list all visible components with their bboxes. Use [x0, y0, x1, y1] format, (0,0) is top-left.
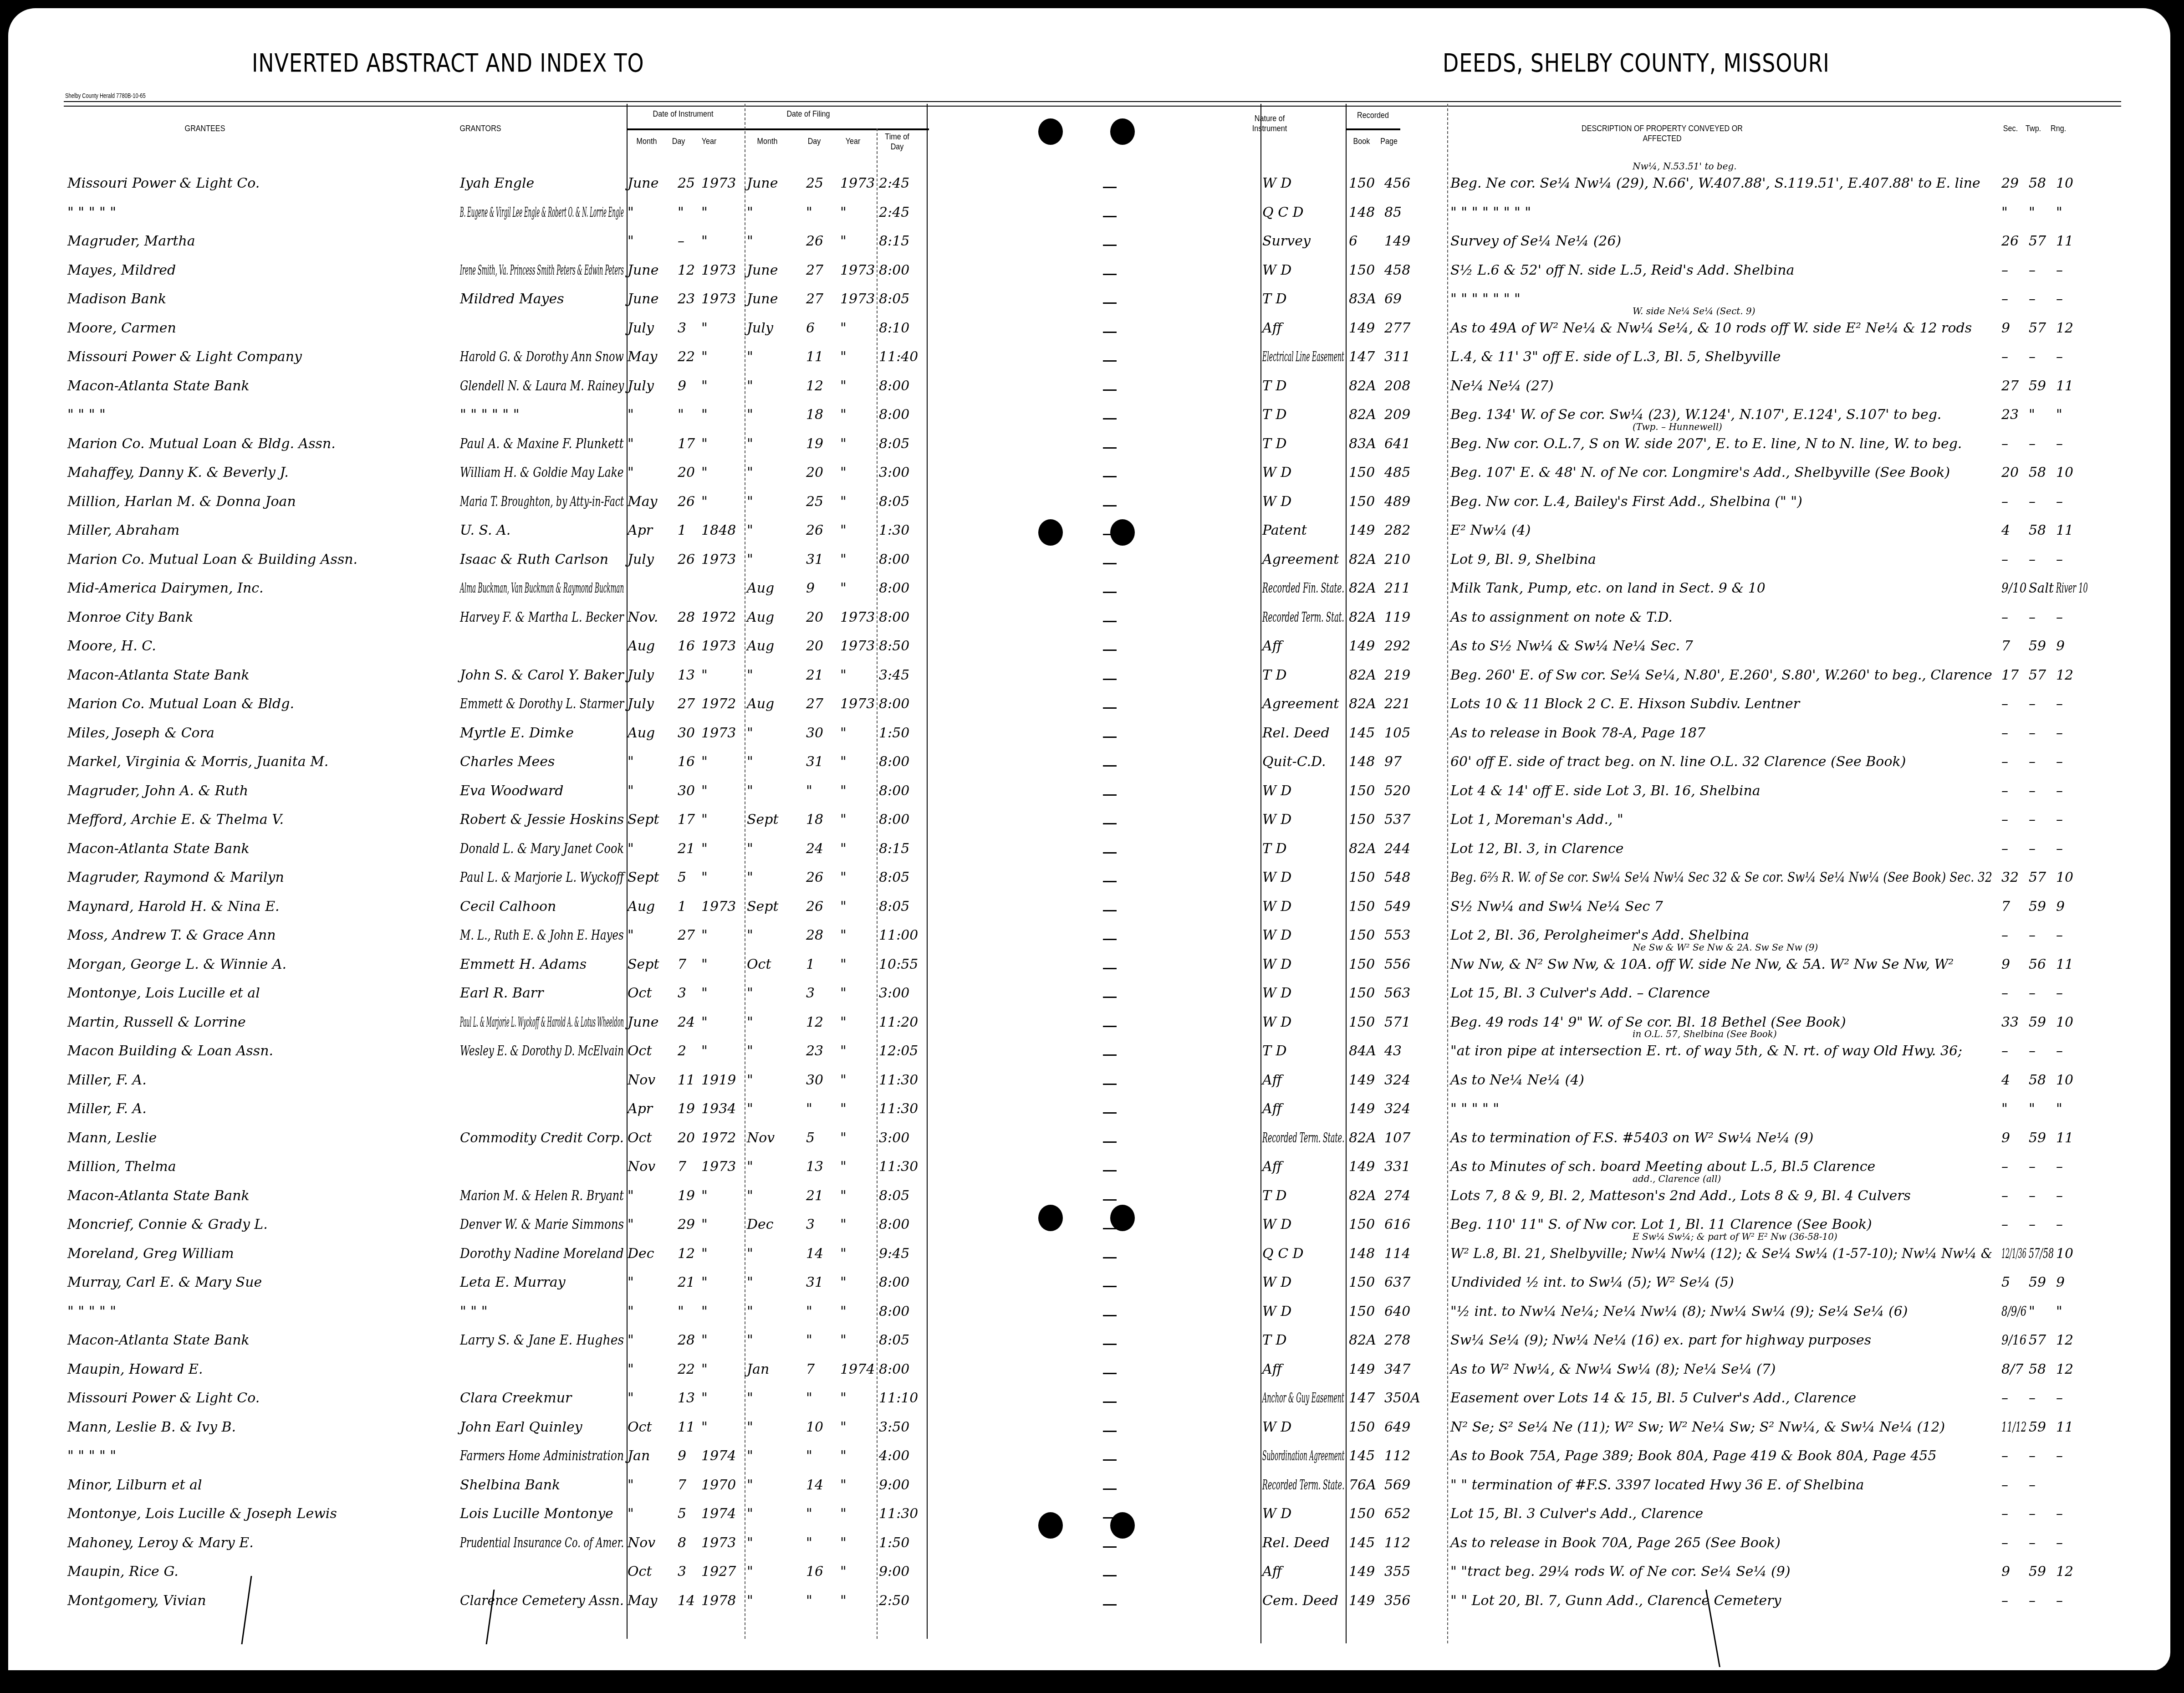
property-description: Lots 10 & 11 Block 2 C. E. Hixson Subdiv… [1450, 694, 1800, 715]
instrument-month: " [628, 1186, 634, 1207]
instrument-month: Oct [628, 1561, 652, 1582]
instrument-year: 1972 [701, 607, 736, 628]
book-number: 84A [1349, 1041, 1376, 1062]
township: " [2029, 1301, 2035, 1322]
grantee-name: Montgomery, Vivian [67, 1591, 206, 1611]
property-description: As to 49A of W² Ne¼ & Nw¼ Se¼, & 10 rods… [1450, 318, 1972, 339]
grantor-name: Shelbina Bank [460, 1475, 560, 1496]
township: 57 [2029, 867, 2046, 888]
table-row: Moss, Andrew T. & Grace AnnM. L., Ruth E… [0, 925, 2184, 946]
page-number: 149 [1384, 231, 1410, 252]
grantor-name: Dorothy Nadine Moreland [460, 1243, 624, 1264]
section: 17 [2001, 665, 2019, 686]
grantor-name: Myrtle E. Dimke [460, 723, 574, 744]
filing-time: 11:30 [879, 1070, 918, 1091]
filing-day: 19 [806, 434, 823, 455]
filing-day: " [806, 1099, 812, 1120]
township: – [2029, 289, 2036, 310]
instrument-day: 30 [678, 781, 695, 802]
township: – [2029, 694, 2036, 715]
township: 59 [2029, 1012, 2046, 1033]
property-description: Nw Nw, & N² Sw Nw, & 10A. off W. side Ne… [1450, 954, 1954, 975]
grantor-name: Wesley E. & Dorothy D. McElvain [460, 1041, 624, 1062]
book-number: 149 [1349, 318, 1375, 339]
instrument-day: 3 [678, 1561, 686, 1582]
header-date-of-instrument: Date of Instrument [635, 109, 732, 119]
instrument-month: " [628, 404, 634, 425]
table-row: Marion Co. Mutual Loan & Building Assn.I… [0, 549, 2184, 570]
grantee-name: Marion Co. Mutual Loan & Building Assn. [67, 549, 357, 570]
instrument-year: " [701, 1243, 708, 1264]
instrument-month: June [628, 1012, 658, 1033]
filing-month: " [747, 520, 753, 541]
filing-month: June [747, 173, 778, 194]
section: 7 [2001, 636, 2010, 657]
section: 9/16 [2001, 1330, 2026, 1351]
filing-time: 8:10 [879, 318, 909, 339]
range: 9 [2056, 636, 2065, 657]
page-number: 569 [1384, 1475, 1410, 1496]
property-description: Lot 1, Moreman's Add., " [1450, 809, 1623, 830]
header-rule-top-right-2 [1097, 106, 2121, 107]
filing-year: " [840, 318, 847, 339]
filing-year: " [840, 1128, 847, 1149]
page-number: 489 [1384, 491, 1410, 512]
grantee-name: Maupin, Rice G. [67, 1561, 179, 1582]
filing-time: 1:50 [879, 1533, 909, 1554]
section: 8/9/6 [2001, 1301, 2026, 1322]
filing-day: 31 [806, 549, 823, 570]
table-row: " " " " "Farmers Home AdministrationJan9… [0, 1446, 2184, 1467]
range: 11 [2056, 520, 2073, 541]
township: – [2029, 1475, 2036, 1496]
table-row: Maynard, Harold H. & Nina E.Cecil Calhoo… [0, 896, 2184, 917]
filing-month: " [747, 1330, 753, 1351]
page-number: 209 [1384, 404, 1410, 425]
book-number: 150 [1349, 1012, 1375, 1033]
instrument-year: " [701, 809, 708, 830]
filing-year: " [840, 925, 847, 946]
instrument-day: 17 [678, 809, 695, 830]
filing-time: 1:50 [879, 723, 909, 744]
book-number: 150 [1349, 954, 1375, 975]
filing-month: June [747, 289, 778, 310]
range: 10 [2056, 462, 2073, 483]
township: – [2029, 1041, 2036, 1062]
section: 7 [2001, 896, 2010, 917]
township: – [2029, 491, 2036, 512]
book-number: 147 [1349, 347, 1375, 368]
filing-year: " [840, 781, 847, 802]
filing-time: 3:45 [879, 665, 909, 686]
township: 58 [2029, 520, 2046, 541]
instrument-month: " [628, 1388, 634, 1409]
township: – [2029, 1186, 2036, 1207]
township: 59 [2029, 636, 2046, 657]
filing-year: " [840, 491, 847, 512]
section: – [2001, 607, 2008, 628]
grantor-name: Harvey F. & Martha L. Becker [460, 607, 624, 628]
filing-time: 11:20 [879, 1012, 918, 1033]
grantee-name: Mid-America Dairymen, Inc. [67, 578, 264, 599]
book-number: 76A [1349, 1475, 1376, 1496]
range: 10 [2056, 867, 2073, 888]
filing-year: 1974 [840, 1359, 875, 1380]
filing-month: " [747, 1417, 753, 1438]
instrument-year: " [701, 231, 708, 252]
filing-time: 11:10 [879, 1388, 918, 1409]
table-row: Montonye, Lois Lucille & Joseph LewisLoi… [0, 1504, 2184, 1524]
filing-day: 21 [806, 665, 823, 686]
instrument-day: 1 [678, 520, 686, 541]
instrument-year: 1973 [701, 636, 736, 657]
property-description: Lot 15, Bl. 3 Culver's Add., Clarence [1450, 1504, 1703, 1524]
filing-time: 8:05 [879, 1186, 909, 1207]
book-number: 149 [1349, 1591, 1375, 1611]
section: – [2001, 925, 2008, 946]
instrument-day: 22 [678, 347, 695, 368]
range: 10 [2056, 1243, 2073, 1264]
header-filing-year: Year [839, 137, 867, 147]
section: – [2001, 1388, 2008, 1409]
book-number: 147 [1349, 1388, 1375, 1409]
instrument-month: June [628, 260, 658, 281]
instrument-month: Oct [628, 1417, 652, 1438]
nature-of-instrument: W D [1262, 260, 1291, 281]
range: " [2056, 1301, 2062, 1322]
filing-time: 8:00 [879, 549, 909, 570]
property-description: Sw¼ Se¼ (9); Nw¼ Ne¼ (16) ex. part for h… [1450, 1330, 1871, 1351]
nature-of-instrument: Anchor & Guy Easement [1262, 1388, 1344, 1409]
filing-day: " [806, 781, 812, 802]
table-row: Macon-Atlanta State BankLarry S. & Jane … [0, 1330, 2184, 1351]
property-description: Survey of Se¼ Ne¼ (26) [1450, 231, 1621, 252]
filing-day: " [806, 1591, 812, 1611]
township: – [2029, 809, 2036, 830]
description-note: Ne Sw & W² Se Nw & 2A. Sw Se Nw (9) [1633, 942, 1818, 952]
filing-month: " [747, 1504, 753, 1524]
page-number: 282 [1384, 520, 1410, 541]
nature-of-instrument: Recorded Term. State. [1262, 1128, 1344, 1149]
instrument-year: " [701, 491, 708, 512]
instrument-day: 1 [678, 896, 686, 917]
filing-year: " [840, 1417, 847, 1438]
filing-day: 1 [806, 954, 815, 975]
grantee-name: Mann, Leslie [67, 1128, 157, 1149]
instrument-month: " [628, 781, 634, 802]
table-row: Martin, Russell & LorrinePaul L. & Marjo… [0, 1012, 2184, 1033]
filing-time: 12:05 [879, 1041, 918, 1062]
grantee-name: Macon-Atlanta State Bank [67, 1330, 250, 1351]
filing-year: " [840, 1070, 847, 1091]
filing-time: 8:50 [879, 636, 909, 657]
filing-year: " [840, 1388, 847, 1409]
filing-month: " [747, 1475, 753, 1496]
instrument-year: 1973 [701, 896, 736, 917]
grantee-name: Morgan, George L. & Winnie A. [67, 954, 286, 975]
description-note: E Sw¼ Sw¼; & part of W² E² Nw (36-58-10) [1633, 1232, 1837, 1242]
grantee-name: Miller, Abraham [67, 520, 179, 541]
page-number: 43 [1384, 1041, 1402, 1062]
page-number: 292 [1384, 636, 1410, 657]
book-number: 83A [1349, 289, 1376, 310]
range: – [2056, 752, 2063, 772]
township: – [2029, 925, 2036, 946]
filing-year: " [840, 1330, 847, 1351]
section: 29 [2001, 173, 2019, 194]
township: 57 [2029, 318, 2046, 339]
instrument-day: 16 [678, 636, 695, 657]
instrument-day: – [678, 231, 684, 252]
property-description: As to W² Nw¼, & Nw¼ Sw¼ (8); Ne¼ Se¼ (7) [1450, 1359, 1776, 1380]
filing-month: Nov [747, 1128, 775, 1149]
instrument-day: 13 [678, 1388, 695, 1409]
description-note: (Twp. – Hunnewell) [1633, 422, 1722, 432]
section: 8/7 [2001, 1359, 2023, 1380]
grantor-name: Marion M. & Helen R. Bryant [460, 1186, 624, 1207]
filing-year: " [840, 723, 847, 744]
filing-time: 8:00 [879, 781, 909, 802]
table-row: Moncrief, Connie & Grady L.Denver W. & M… [0, 1214, 2184, 1235]
page-number: 637 [1384, 1272, 1410, 1293]
filing-time: 8:00 [879, 1301, 909, 1322]
property-description: As to release in Book 78-A, Page 187 [1450, 723, 1705, 744]
filing-month: June [747, 260, 778, 281]
section: " [2001, 202, 2008, 223]
filing-month: " [747, 1533, 753, 1554]
grantee-name: Missouri Power & Light Company [67, 347, 302, 368]
instrument-year: " [701, 1330, 708, 1351]
table-row: Morgan, George L. & Winnie A.Emmett H. A… [0, 954, 2184, 975]
instrument-day: 3 [678, 318, 686, 339]
header-rng: Rng. [2051, 124, 2066, 134]
filing-day: 20 [806, 636, 823, 657]
table-row: Missouri Power & Light Co.Clara Creekmur… [0, 1388, 2184, 1409]
page-number: 641 [1384, 434, 1410, 455]
filing-month: " [747, 202, 753, 223]
filing-day: 31 [806, 752, 823, 772]
section: " [2001, 1099, 2008, 1120]
filing-year: " [840, 896, 847, 917]
range: 11 [2056, 954, 2073, 975]
instrument-year: " [701, 954, 708, 975]
filing-time: 8:05 [879, 1330, 909, 1351]
filing-day: " [806, 1533, 812, 1554]
instrument-month: Nov [628, 1533, 655, 1554]
header-grantors: GRANTORS [449, 124, 511, 134]
filing-day: 3 [806, 983, 815, 1004]
filing-time: 2:50 [879, 1591, 909, 1611]
instrument-year: " [701, 1417, 708, 1438]
grantor-name: Clarence Cemetery Assn. [460, 1591, 624, 1611]
nature-of-instrument: W D [1262, 1272, 1291, 1293]
scan-border-bottom [0, 1670, 2184, 1693]
township: 58 [2029, 1359, 2046, 1380]
grantee-name: Magruder, Raymond & Marilyn [67, 867, 284, 888]
book-number: 150 [1349, 1214, 1375, 1235]
instrument-year: " [701, 1272, 708, 1293]
property-description: " " " " " " " " [1450, 202, 1531, 223]
filing-month: " [747, 1272, 753, 1293]
page-number: 211 [1384, 578, 1410, 599]
instrument-year: 1974 [701, 1446, 736, 1467]
filing-day: 26 [806, 867, 823, 888]
description-note: in O.L. 57, Shelbina (See Book) [1633, 1029, 1777, 1039]
section: – [2001, 289, 2008, 310]
instrument-month: " [628, 1301, 634, 1322]
filing-year: 1973 [840, 694, 875, 715]
section: 4 [2001, 1070, 2010, 1091]
range: 11 [2056, 231, 2073, 252]
filing-year: " [840, 954, 847, 975]
header-filing-month: Month [754, 137, 781, 147]
property-description: S½ Nw¼ and Sw¼ Ne¼ Sec 7 [1450, 896, 1663, 917]
range: – [2056, 1446, 2063, 1467]
filing-year: " [840, 404, 847, 425]
section: – [2001, 1041, 2008, 1062]
instrument-year: 1848 [701, 520, 736, 541]
filing-day: 12 [806, 376, 823, 397]
range: 9 [2056, 896, 2065, 917]
instrument-month: " [628, 1330, 634, 1351]
filing-time: 8:00 [879, 809, 909, 830]
filing-month: July [747, 318, 773, 339]
nature-of-instrument: Aff [1262, 636, 1282, 657]
grantee-name: Minor, Lilburn et al [67, 1475, 202, 1496]
book-number: 150 [1349, 462, 1375, 483]
instrument-day: 5 [678, 867, 686, 888]
filing-month: " [747, 231, 753, 252]
page-number: 548 [1384, 867, 1410, 888]
header-inst-month: Month [633, 137, 660, 147]
township: 57 [2029, 1330, 2046, 1351]
nature-of-instrument: Aff [1262, 1561, 1282, 1582]
range: – [2056, 1591, 2063, 1611]
book-number: 82A [1349, 376, 1376, 397]
filing-time: 8:05 [879, 867, 909, 888]
grantee-name: Missouri Power & Light Co. [67, 1388, 260, 1409]
grantee-name: Montonye, Lois Lucille et al [67, 983, 260, 1004]
instrument-month: Apr [628, 520, 653, 541]
table-row: Miller, F. A.Nov111919"30"11:30Aff149324… [0, 1070, 2184, 1091]
nature-of-instrument: W D [1262, 1301, 1291, 1322]
township: – [2029, 434, 2036, 455]
nature-of-instrument: T D [1262, 376, 1287, 397]
township: Salt [2029, 578, 2054, 599]
nature-of-instrument: W D [1262, 173, 1291, 194]
filing-month: " [747, 404, 753, 425]
nature-of-instrument: W D [1262, 1417, 1291, 1438]
grantee-name: Missouri Power & Light Co. [67, 173, 260, 194]
grantee-name: Macon Building & Loan Assn. [67, 1041, 273, 1062]
table-row: Moore, CarmenJuly3"July6"8:10Aff149277As… [0, 318, 2184, 339]
filing-month: Oct [747, 954, 771, 975]
filing-day: 9 [806, 578, 815, 599]
page-title-left: INVERTED ABSTRACT AND INDEX TO [252, 48, 644, 78]
section: – [2001, 781, 2008, 802]
table-row: Murray, Carl E. & Mary SueLeta E. Murray… [0, 1272, 2184, 1293]
grantor-name: Paul A. & Maxine F. Plunkett [460, 434, 624, 455]
grantor-name: Paul L. & Marjorie L. Wyckoff [460, 867, 624, 888]
filing-day: 27 [806, 260, 823, 281]
nature-of-instrument: T D [1262, 404, 1287, 425]
filing-month: " [747, 549, 753, 570]
book-number: 82A [1349, 1128, 1376, 1149]
header-rule-top-left [64, 101, 1097, 102]
grantee-name: Macon-Atlanta State Bank [67, 376, 250, 397]
section: 9 [2001, 954, 2010, 975]
filing-day: 16 [806, 1561, 823, 1582]
filing-time: 9:45 [879, 1243, 909, 1264]
instrument-day: 21 [678, 839, 695, 859]
table-row: Marion Co. Mutual Loan & Bldg. Assn.Paul… [0, 434, 2184, 455]
property-description: Milk Tank, Pump, etc. on land in Sect. 9… [1450, 578, 1766, 599]
nature-of-instrument: T D [1262, 1041, 1287, 1062]
range: – [2056, 607, 2063, 628]
property-description: Undivided ½ int. to Sw¼ (5); W² Se¼ (5) [1450, 1272, 1734, 1293]
section: – [2001, 1446, 2008, 1467]
instrument-year: " [701, 781, 708, 802]
instrument-month: Sept [628, 867, 659, 888]
range: " [2056, 1099, 2062, 1120]
grantor-name: Irene Smith, Va. Princess Smith Peters &… [460, 260, 624, 281]
table-row: Miles, Joseph & CoraMyrtle E. DimkeAug30… [0, 723, 2184, 744]
filing-day: 6 [806, 318, 815, 339]
section: 33 [2001, 1012, 2019, 1033]
instrument-month: Nov [628, 1070, 655, 1091]
table-row: Montonye, Lois Lucille et alEarl R. Barr… [0, 983, 2184, 1004]
nature-of-instrument: W D [1262, 1504, 1291, 1524]
nature-of-instrument: Aff [1262, 1359, 1282, 1380]
instrument-month: June [628, 173, 658, 194]
filing-month: " [747, 1243, 753, 1264]
page-number: 244 [1384, 839, 1410, 859]
range: 12 [2056, 665, 2073, 686]
page-number: 571 [1384, 1012, 1410, 1033]
property-description: As to Book 75A, Page 389; Book 80A, Page… [1450, 1446, 1937, 1467]
table-row: Maupin, Howard E."22"Jan719748:00Aff1493… [0, 1359, 2184, 1380]
filing-time: 8:05 [879, 434, 909, 455]
header-sec: Sec. [2003, 124, 2018, 134]
grantor-name: U. S. A. [460, 520, 510, 541]
nature-of-instrument: Q C D [1262, 202, 1304, 223]
grantee-name: Moore, H. C. [67, 636, 156, 657]
instrument-month: May [628, 347, 658, 368]
grantee-name: Million, Thelma [67, 1156, 176, 1177]
section: – [2001, 1533, 2008, 1554]
filing-time: 8:05 [879, 289, 909, 310]
book-number: 82A [1349, 1330, 1376, 1351]
property-description: " " Lot 20, Bl. 7, Gunn Add., Clarence C… [1450, 1591, 1781, 1611]
filing-month: " [747, 491, 753, 512]
range: – [2056, 983, 2063, 1004]
filing-time: 11:00 [879, 925, 918, 946]
book-number: 148 [1349, 1243, 1375, 1264]
book-number: 149 [1349, 1070, 1375, 1091]
table-row: Minor, Lilburn et alShelbina Bank"71970"… [0, 1475, 2184, 1496]
table-row: Magruder, John A. & RuthEva Woodward"30"… [0, 781, 2184, 802]
page-number: 556 [1384, 954, 1410, 975]
book-number: 150 [1349, 781, 1375, 802]
table-row: Miller, F. A.Apr191934"""11:30Aff149324"… [0, 1099, 2184, 1120]
instrument-month: Aug [628, 723, 655, 744]
nature-of-instrument: W D [1262, 1012, 1291, 1033]
page-number: 355 [1384, 1561, 1410, 1582]
instrument-month: Oct [628, 1041, 652, 1062]
instrument-day: 23 [678, 289, 695, 310]
table-row: Monroe City BankHarvey F. & Martha L. Be… [0, 607, 2184, 628]
range: 12 [2056, 318, 2073, 339]
